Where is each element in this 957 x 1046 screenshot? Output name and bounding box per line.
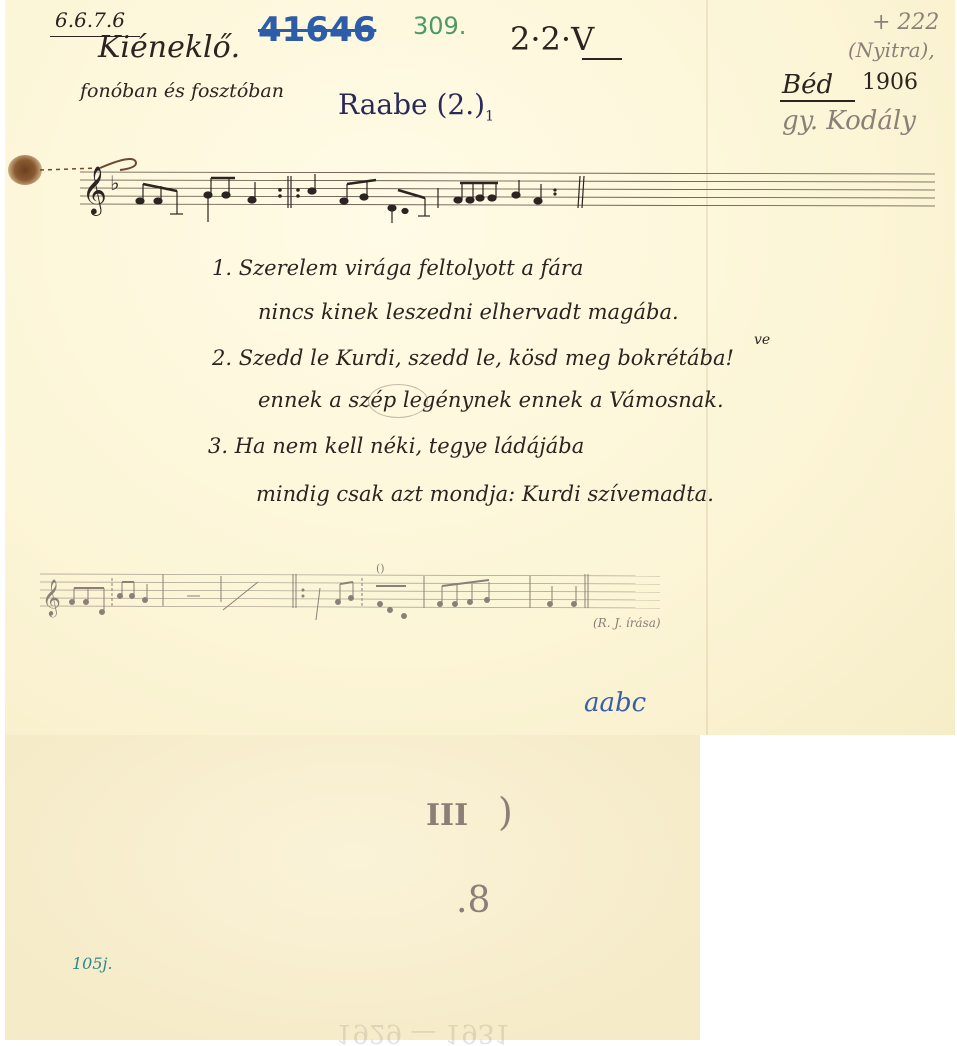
- verse-2-line-2: ennek a szép legénynek ennek a Vámosnak.: [258, 388, 724, 412]
- page-mark: 105j.: [72, 954, 113, 973]
- collector-subscript: 1: [485, 109, 494, 125]
- verse-3-line-1: 3. Ha nem kell néki, tegye ládájába: [208, 434, 584, 458]
- place-name: Béd: [782, 70, 833, 100]
- flat-sign-icon: ♭: [110, 171, 119, 195]
- fermata-mark: (): [376, 562, 385, 575]
- verse-text: Ha nem kell néki, tegye ládájába: [235, 434, 585, 458]
- verse-1-line-2: nincs kinek leszedni elhervadt magába.: [258, 300, 679, 324]
- ink-stain: [8, 155, 42, 185]
- verse-number: 1.: [212, 256, 232, 280]
- place-underline: [780, 100, 855, 102]
- song-subtitle: fonóban és fosztóban: [80, 80, 284, 102]
- bleed-through-text: 1929 — 1931: [336, 1018, 511, 1046]
- classification-underline: [582, 58, 622, 60]
- bracket-mark: ): [498, 790, 513, 834]
- correction-superscript: ve: [754, 332, 770, 348]
- staff-1-notation: 𝄞 ♭: [80, 138, 940, 228]
- reference-number: 6.6.7.6: [55, 8, 125, 32]
- scheme-note: aabc: [584, 688, 646, 718]
- verse-text: Szerelem virága feltolyott a fára: [239, 256, 584, 280]
- collector-attribution: gy. Kodály: [782, 106, 916, 136]
- verse-1-line-1: 1. Szerelem virága feltolyott a fára: [212, 256, 583, 280]
- treble-clef-icon: 𝄞: [82, 165, 107, 216]
- manuscript-page-bottom: [5, 735, 700, 1040]
- transcriber-attribution: (R. J. írása): [593, 616, 661, 630]
- circled-word-mark: [368, 384, 428, 418]
- number-mark: .8: [456, 880, 490, 921]
- collector-label: Raabe (2.)1: [338, 88, 494, 125]
- verse-2-line-1: 2. Szedd le Kurdi, szedd le, kösd meg bo…: [212, 346, 734, 370]
- region-note: (Nyitra),: [848, 38, 935, 62]
- verse-number: 2.: [212, 346, 232, 370]
- verse-text: Szedd le Kurdi, szedd le, kösd meg bokré…: [239, 346, 734, 370]
- song-title: Kiéneklő.: [98, 30, 240, 65]
- classification-code: 2·2·V: [510, 20, 594, 58]
- staff-2-notation: 𝄞 (): [40, 560, 670, 640]
- addition-note: + 222: [872, 10, 939, 35]
- stamp-number: 309.: [413, 12, 466, 40]
- collector-name: Raabe (2.): [338, 88, 485, 121]
- roman-numeral: III: [426, 798, 468, 833]
- treble-clef-icon: 𝄞: [42, 578, 61, 617]
- verse-number: 3.: [208, 434, 228, 458]
- verse-3-line-2: mindig csak azt mondja: Kurdi szívemadta…: [256, 482, 714, 506]
- year: 1906: [862, 70, 918, 95]
- crossed-out-number: 41646: [258, 10, 376, 50]
